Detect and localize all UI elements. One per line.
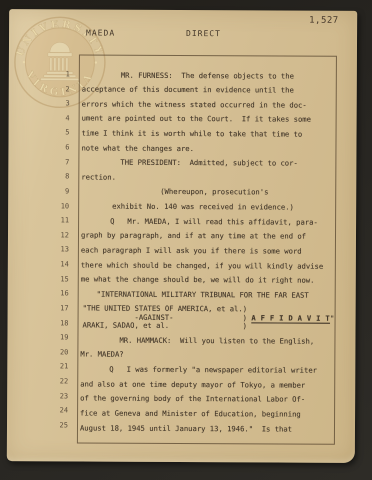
transcript-line-speaker: MR. HAMMACK: Will you listen to the Engl… <box>119 336 314 346</box>
line-number: 8 <box>49 173 69 181</box>
line-number: 14 <box>49 260 69 268</box>
line-number: 6 <box>49 143 69 151</box>
transcript-line-speaker: MR. FURNESS: The defense objects to the <box>121 70 294 80</box>
line-number: 23 <box>48 392 68 400</box>
transcript-line-body: of the governing body of the Internation… <box>80 394 305 404</box>
transcript-line-question: Q Mr. MAEDA, I will read this affidavit,… <box>110 216 318 226</box>
line-number: 15 <box>49 275 69 283</box>
line-number: 11 <box>49 216 69 224</box>
transcript-line-body: graph by paragraph, and if at any time a… <box>81 231 306 241</box>
line-number: 9 <box>49 187 69 195</box>
transcript-line-body: errors which the witness stated occurred… <box>82 99 307 109</box>
transcript-line-body: August 18, 1945 until January 13, 1946."… <box>80 423 292 433</box>
line-number: 13 <box>49 246 69 254</box>
line-number: 24 <box>48 407 68 415</box>
transcript-line-body: there which should be changed, if you wi… <box>81 260 323 270</box>
transcript-line-speaker: THE PRESIDENT: Admitted, subject to cor- <box>120 158 297 168</box>
line-number: 5 <box>50 129 70 137</box>
header-examination-type: DIRECT <box>186 29 221 38</box>
caption-close-quote: " <box>330 314 334 323</box>
line-number: 20 <box>48 348 68 356</box>
line-number: 2 <box>50 85 70 93</box>
line-number: 17 <box>49 304 69 312</box>
transcript-line-body: rection. <box>81 172 116 181</box>
transcript-line-body: and also at one time deputy mayor of Tok… <box>80 379 305 389</box>
transcript-line-caption3: ARAKI, SADAO, et al. ) <box>83 321 247 331</box>
transcript-line-exhibit: exhibit No. 140 was received in evidence… <box>112 202 294 212</box>
page-number: 1,527 <box>309 16 339 26</box>
document-page: UNIVERSITY VIRGINIA <box>7 9 357 463</box>
line-number: 7 <box>49 158 69 166</box>
line-number: 1 <box>50 70 70 78</box>
line-number: 19 <box>48 333 68 341</box>
line-number: 3 <box>50 100 70 108</box>
line-number: 21 <box>48 363 68 371</box>
header-witness-name: MAEDA <box>86 28 115 37</box>
transcript-line-question: Q I was formerly "a newspaper editorial … <box>109 365 317 375</box>
scanned-transcript-screenshot: UNIVERSITY VIRGINIA <box>0 0 372 480</box>
line-number: 22 <box>48 377 68 385</box>
line-number: 10 <box>49 202 69 210</box>
line-number: 25 <box>48 421 68 429</box>
transcript-line-body: note what the changes are. <box>81 143 194 153</box>
transcript-text: MR. FURNESS: The defense objects to thea… <box>9 9 357 11</box>
transcript-line-body: ument are pointed out to the Court. If i… <box>82 114 311 124</box>
transcript-line-body: me what the change should be, we will do… <box>81 275 315 285</box>
line-number: 4 <box>50 114 70 122</box>
transcript-line-body: each paragraph I will ask you if there i… <box>81 245 302 255</box>
transcript-line-body: time I think it is worth while to take t… <box>82 128 303 138</box>
line-number-column: 1234567891011121314151617181920212223242… <box>9 9 357 11</box>
affidavit-title: A F F I D A V I T <box>251 313 330 322</box>
transcript-line-body: acceptance of this document in evidence … <box>82 85 294 95</box>
line-number: 18 <box>49 319 69 327</box>
transcript-line-quote: "INTERNATIONAL MILITARY TRIBUNAL FOR THE… <box>97 289 309 299</box>
transcript-line-parenthetical: (Whereupon, prosecution's <box>160 187 268 197</box>
line-number: 16 <box>49 290 69 298</box>
transcript-line-body: Mr. MAEDA? <box>80 350 123 359</box>
line-number: 12 <box>49 231 69 239</box>
transcript-line-body: fice at Geneva and Minister of Education… <box>80 408 301 418</box>
